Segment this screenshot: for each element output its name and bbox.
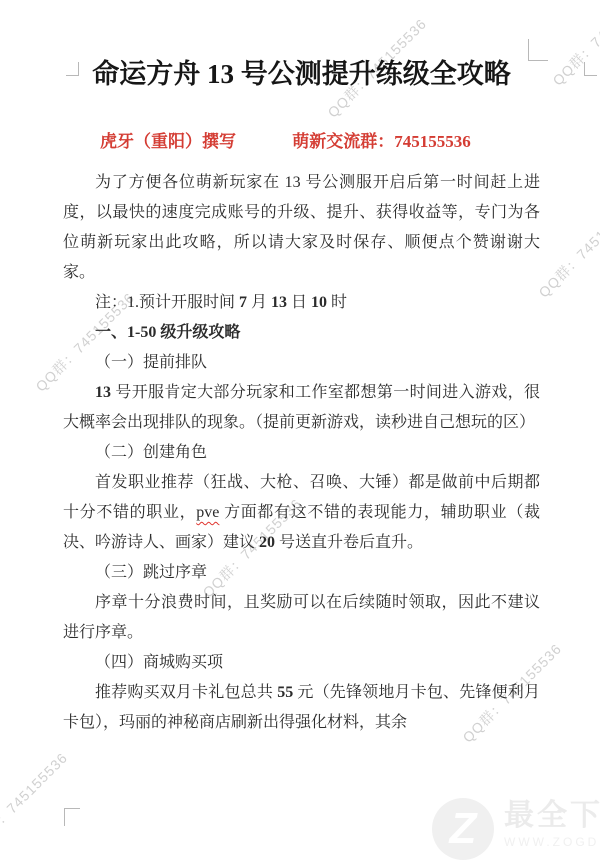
subsection-heading: （二）创建角色	[63, 438, 540, 468]
byline-qq-group: 萌新交流群：745155536	[292, 132, 471, 151]
subsection-heading: （一）提前排队	[63, 348, 540, 378]
body-paragraph: 推荐购买双月卡礼包总共 55 元（先锋领地月卡包、先锋便利月卡包），玛丽的神秘商…	[63, 678, 540, 738]
document-body: 命运方舟 13 号公测提升练级全攻略 虎牙（重阳）撰写 萌新交流群：745155…	[0, 0, 600, 863]
subsection-heading: （三）跳过序章	[63, 558, 540, 588]
note-line: 注：1.预计开服时间 7 月 13 日 10 时	[63, 288, 540, 318]
body-paragraph: 首发职业推荐（狂战、大枪、召唤、大锤）都是做前中后期都十分不错的职业，pve 方…	[63, 468, 540, 558]
byline: 虎牙（重阳）撰写 萌新交流群：745155536	[63, 130, 540, 154]
body-paragraph: 为了方便各位萌新玩家在 13 号公测服开启后第一时间赶上进度，以最快的速度完成账…	[63, 168, 540, 288]
section-heading: 一、1-50 级升级攻略	[63, 318, 540, 348]
document-page: QQ群：745155536QQ群：745155536QQ群：745155536Q…	[0, 0, 600, 863]
page-title: 命运方舟 13 号公测提升练级全攻略	[63, 56, 540, 92]
byline-author: 虎牙（重阳）撰写	[100, 132, 236, 151]
subsection-heading: （四）商城购买项	[63, 648, 540, 678]
body-paragraph: 序章十分浪费时间，且奖励可以在后续随时领取，因此不建议进行序章。	[63, 588, 540, 648]
spellchecked-word: pve	[196, 504, 219, 521]
body-paragraph: 13 号开服肯定大部分玩家和工作室都想第一时间进入游戏，很大概率会出现排队的现象…	[63, 378, 540, 438]
